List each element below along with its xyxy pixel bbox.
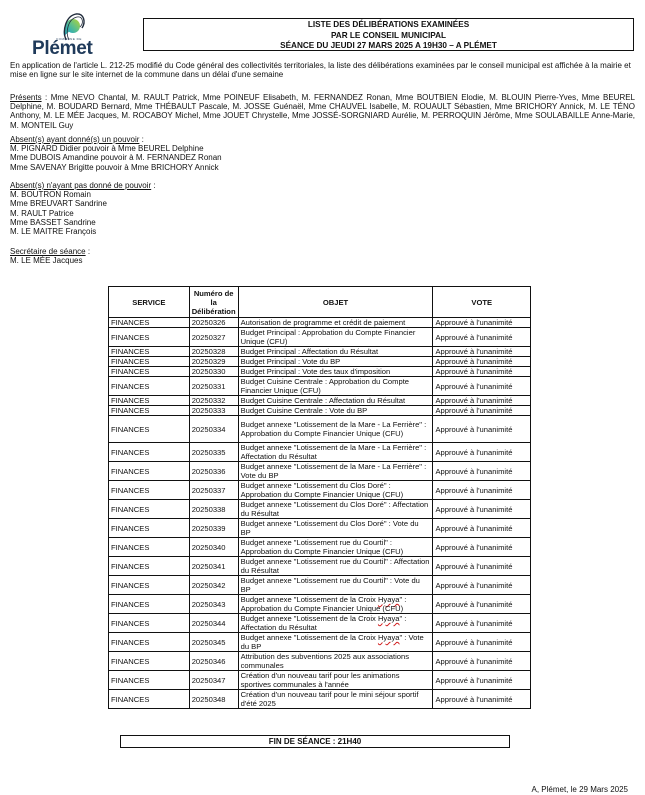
cell-numero: 20250346: [189, 652, 238, 671]
fin-seance: FIN DE SÉANCE : 21H40: [120, 735, 510, 748]
table-row: FINANCES20250341Budget annexe "Lotisseme…: [109, 557, 531, 576]
plemet-logo: COMMUNE DE Plémet: [30, 8, 100, 56]
cell-service: FINANCES: [109, 416, 190, 443]
cell-service: FINANCES: [109, 443, 190, 462]
absents-pouvoir-sep: :: [139, 135, 143, 144]
cell-numero: 20250338: [189, 500, 238, 519]
table-row: FINANCES20250329Budget Principal : Vote …: [109, 357, 531, 367]
table-row: FINANCES20250337Budget annexe "Lotisseme…: [109, 481, 531, 500]
date-line: A, Plémet, le 29 Mars 2025: [532, 785, 629, 794]
table-row: FINANCES20250347Création d'un nouveau ta…: [109, 671, 531, 690]
cell-objet: Budget Cuisine Centrale : Vote du BP: [238, 406, 433, 416]
cell-service: FINANCES: [109, 519, 190, 538]
table-row: FINANCES20250339Budget annexe "Lotisseme…: [109, 519, 531, 538]
cell-numero: 20250342: [189, 576, 238, 595]
spellcheck-word: Hyaya: [378, 614, 400, 623]
table-row: FINANCES20250331Budget Cuisine Centrale …: [109, 377, 531, 396]
cell-vote: Approuvé à l'unanimité: [433, 519, 531, 538]
cell-objet: Budget annexe "Lotissement du Clos Doré"…: [238, 481, 433, 500]
table-row: FINANCES20250334Budget annexe "Lotisseme…: [109, 416, 531, 443]
cell-vote: Approuvé à l'unanimité: [433, 652, 531, 671]
absents-sans-pouvoir-label: Absent(s) n'ayant pas donné de pouvoir: [10, 181, 151, 190]
cell-vote: Approuvé à l'unanimité: [433, 443, 531, 462]
header-numero: Numéro de la Délibération: [189, 287, 238, 318]
absents-pouvoir-section: Absent(s) ayant donné(s) un pouvoir : M.…: [10, 135, 222, 172]
secretaire-section: Secrétaire de séance : M. LE MÉE Jacques: [10, 247, 90, 265]
header-objet: OBJET: [238, 287, 433, 318]
cell-service: FINANCES: [109, 396, 190, 406]
cell-numero: 20250334: [189, 416, 238, 443]
table-row: FINANCES20250336Budget annexe "Lotisseme…: [109, 462, 531, 481]
cell-service: FINANCES: [109, 481, 190, 500]
cell-numero: 20250335: [189, 443, 238, 462]
absents-sans-pouvoir-section: Absent(s) n'ayant pas donné de pouvoir :…: [10, 181, 156, 236]
cell-objet: Création d'un nouveau tarif pour les ani…: [238, 671, 433, 690]
cell-vote: Approuvé à l'unanimité: [433, 614, 531, 633]
cell-service: FINANCES: [109, 347, 190, 357]
presents-sep: :: [42, 93, 51, 102]
cell-service: FINANCES: [109, 328, 190, 347]
header-service: SERVICE: [109, 287, 190, 318]
cell-vote: Approuvé à l'unanimité: [433, 357, 531, 367]
absents-sans-pouvoir-sep: :: [151, 181, 155, 190]
cell-objet: Attribution des subventions 2025 aux ass…: [238, 652, 433, 671]
cell-objet: Budget Principal : Affectation du Résult…: [238, 347, 433, 357]
cell-numero: 20250337: [189, 481, 238, 500]
cell-numero: 20250347: [189, 671, 238, 690]
cell-objet: Budget annexe "Lotissement rue du Courti…: [238, 538, 433, 557]
cell-objet: Budget annexe "Lotissement de la Mare - …: [238, 462, 433, 481]
document-title: LISTE DES DÉLIBÉRATIONS EXAMINÉES PAR LE…: [143, 18, 634, 51]
secretaire-sep: :: [86, 247, 90, 256]
cell-objet: Budget annexe "Lotissement rue du Courti…: [238, 576, 433, 595]
cell-vote: Approuvé à l'unanimité: [433, 318, 531, 328]
cell-vote: Approuvé à l'unanimité: [433, 377, 531, 396]
deliberations-table: SERVICE Numéro de la Délibération OBJET …: [108, 286, 531, 709]
cell-objet: Budget annexe "Lotissement de la Croix H…: [238, 595, 433, 614]
cell-objet: Autorisation de programme et crédit de p…: [238, 318, 433, 328]
cell-vote: Approuvé à l'unanimité: [433, 500, 531, 519]
cell-numero: 20250339: [189, 519, 238, 538]
cell-service: FINANCES: [109, 633, 190, 652]
table-row: FINANCES20250328Budget Principal : Affec…: [109, 347, 531, 357]
cell-numero: 20250340: [189, 538, 238, 557]
table-row: FINANCES20250332Budget Cuisine Centrale …: [109, 396, 531, 406]
cell-objet: Création d'un nouveau tarif pour le mini…: [238, 690, 433, 709]
title-line-1: LISTE DES DÉLIBÉRATIONS EXAMINÉES: [144, 20, 633, 31]
cell-vote: Approuvé à l'unanimité: [433, 416, 531, 443]
cell-service: FINANCES: [109, 462, 190, 481]
cell-vote: Approuvé à l'unanimité: [433, 576, 531, 595]
table-row: FINANCES20250327Budget Principal : Appro…: [109, 328, 531, 347]
spellcheck-word: Hyaya: [378, 633, 400, 642]
cell-vote: Approuvé à l'unanimité: [433, 690, 531, 709]
cell-numero: 20250332: [189, 396, 238, 406]
cell-vote: Approuvé à l'unanimité: [433, 396, 531, 406]
intro-paragraph: En application de l'article L. 212-25 mo…: [10, 61, 635, 79]
cell-objet: Budget annexe "Lotissement du Clos Doré"…: [238, 519, 433, 538]
cell-objet: Budget Principal : Vote du BP: [238, 357, 433, 367]
cell-numero: 20250343: [189, 595, 238, 614]
cell-vote: Approuvé à l'unanimité: [433, 406, 531, 416]
cell-vote: Approuvé à l'unanimité: [433, 557, 531, 576]
absents-pouvoir-label: Absent(s) ayant donné(s) un pouvoir: [10, 135, 139, 144]
cell-service: FINANCES: [109, 557, 190, 576]
cell-objet: Budget annexe "Lotissement rue du Courti…: [238, 557, 433, 576]
cell-vote: Approuvé à l'unanimité: [433, 595, 531, 614]
cell-service: FINANCES: [109, 576, 190, 595]
title-line-3: SÉANCE DU JEUDI 27 MARS 2025 A 19H30 – A…: [144, 41, 633, 52]
cell-service: FINANCES: [109, 671, 190, 690]
cell-vote: Approuvé à l'unanimité: [433, 481, 531, 500]
table-row: FINANCES20250326Autorisation de programm…: [109, 318, 531, 328]
cell-service: FINANCES: [109, 690, 190, 709]
cell-vote: Approuvé à l'unanimité: [433, 462, 531, 481]
presents-label: Présents: [10, 93, 42, 102]
table-header-row: SERVICE Numéro de la Délibération OBJET …: [109, 287, 531, 318]
cell-numero: 20250331: [189, 377, 238, 396]
cell-numero: 20250341: [189, 557, 238, 576]
cell-objet: Budget annexe "Lotissement de la Mare - …: [238, 416, 433, 443]
cell-service: FINANCES: [109, 614, 190, 633]
absent-pouvoir-item: M. PIGNARD Didier pouvoir à Mme BEUREL D…: [10, 144, 222, 153]
cell-numero: 20250328: [189, 347, 238, 357]
cell-vote: Approuvé à l'unanimité: [433, 347, 531, 357]
cell-objet: Budget Principal : Vote des taux d'impos…: [238, 367, 433, 377]
cell-objet: Budget annexe "Lotissement du Clos Doré"…: [238, 500, 433, 519]
table-row: FINANCES20250344Budget annexe "Lotisseme…: [109, 614, 531, 633]
table-row: FINANCES20250348Création d'un nouveau ta…: [109, 690, 531, 709]
cell-objet: Budget Principal : Approbation du Compte…: [238, 328, 433, 347]
cell-service: FINANCES: [109, 500, 190, 519]
cell-objet: Budget annexe "Lotissement de la Croix H…: [238, 614, 433, 633]
absent-item: Mme BASSET Sandrine: [10, 218, 156, 227]
title-line-2: PAR LE CONSEIL MUNICIPAL: [144, 31, 633, 42]
logo-wordmark: Plémet: [32, 38, 93, 60]
cell-numero: 20250345: [189, 633, 238, 652]
cell-objet: Budget Cuisine Centrale : Approbation du…: [238, 377, 433, 396]
table-row: FINANCES20250338Budget annexe "Lotisseme…: [109, 500, 531, 519]
presents-list: Mme NEVO Chantal, M. RAULT Patrick, Mme …: [10, 93, 635, 130]
absent-pouvoir-item: Mme DUBOIS Amandine pouvoir à M. FERNAND…: [10, 153, 222, 162]
cell-numero: 20250336: [189, 462, 238, 481]
cell-numero: 20250330: [189, 367, 238, 377]
absent-item: M. RAULT Patrice: [10, 209, 156, 218]
cell-numero: 20250326: [189, 318, 238, 328]
table-row: FINANCES20250345Budget annexe "Lotisseme…: [109, 633, 531, 652]
absent-item: M. LE MAITRE François: [10, 227, 156, 236]
absent-pouvoir-item: Mme SAVENAY Brigitte pouvoir à Mme BRICH…: [10, 163, 222, 172]
cell-service: FINANCES: [109, 406, 190, 416]
spellcheck-word: Hyaya: [378, 595, 400, 604]
table-row: FINANCES20250342Budget annexe "Lotisseme…: [109, 576, 531, 595]
cell-service: FINANCES: [109, 377, 190, 396]
cell-service: FINANCES: [109, 595, 190, 614]
cell-vote: Approuvé à l'unanimité: [433, 367, 531, 377]
table-row: FINANCES20250335Budget annexe "Lotisseme…: [109, 443, 531, 462]
cell-numero: 20250327: [189, 328, 238, 347]
absent-item: M. BOUTRON Romain: [10, 190, 156, 199]
cell-service: FINANCES: [109, 652, 190, 671]
absent-item: Mme BREUVART Sandrine: [10, 199, 156, 208]
table-row: FINANCES20250330Budget Principal : Vote …: [109, 367, 531, 377]
cell-objet: Budget annexe "Lotissement de la Mare - …: [238, 443, 433, 462]
secretaire-name: M. LE MÉE Jacques: [10, 256, 90, 265]
cell-service: FINANCES: [109, 538, 190, 557]
cell-vote: Approuvé à l'unanimité: [433, 538, 531, 557]
table-row: FINANCES20250340Budget annexe "Lotisseme…: [109, 538, 531, 557]
cell-service: FINANCES: [109, 367, 190, 377]
cell-numero: 20250333: [189, 406, 238, 416]
cell-vote: Approuvé à l'unanimité: [433, 328, 531, 347]
table-row: FINANCES20250343Budget annexe "Lotisseme…: [109, 595, 531, 614]
cell-service: FINANCES: [109, 318, 190, 328]
cell-objet: Budget annexe "Lotissement de la Croix H…: [238, 633, 433, 652]
cell-numero: 20250329: [189, 357, 238, 367]
secretaire-label: Secrétaire de séance: [10, 247, 86, 256]
presents-paragraph: Présents : Mme NEVO Chantal, M. RAULT Pa…: [10, 93, 635, 130]
table-row: FINANCES20250333Budget Cuisine Centrale …: [109, 406, 531, 416]
cell-numero: 20250348: [189, 690, 238, 709]
cell-vote: Approuvé à l'unanimité: [433, 633, 531, 652]
cell-vote: Approuvé à l'unanimité: [433, 671, 531, 690]
cell-service: FINANCES: [109, 357, 190, 367]
cell-numero: 20250344: [189, 614, 238, 633]
cell-objet: Budget Cuisine Centrale : Affectation du…: [238, 396, 433, 406]
table-row: FINANCES20250346Attribution des subventi…: [109, 652, 531, 671]
header-vote: VOTE: [433, 287, 531, 318]
